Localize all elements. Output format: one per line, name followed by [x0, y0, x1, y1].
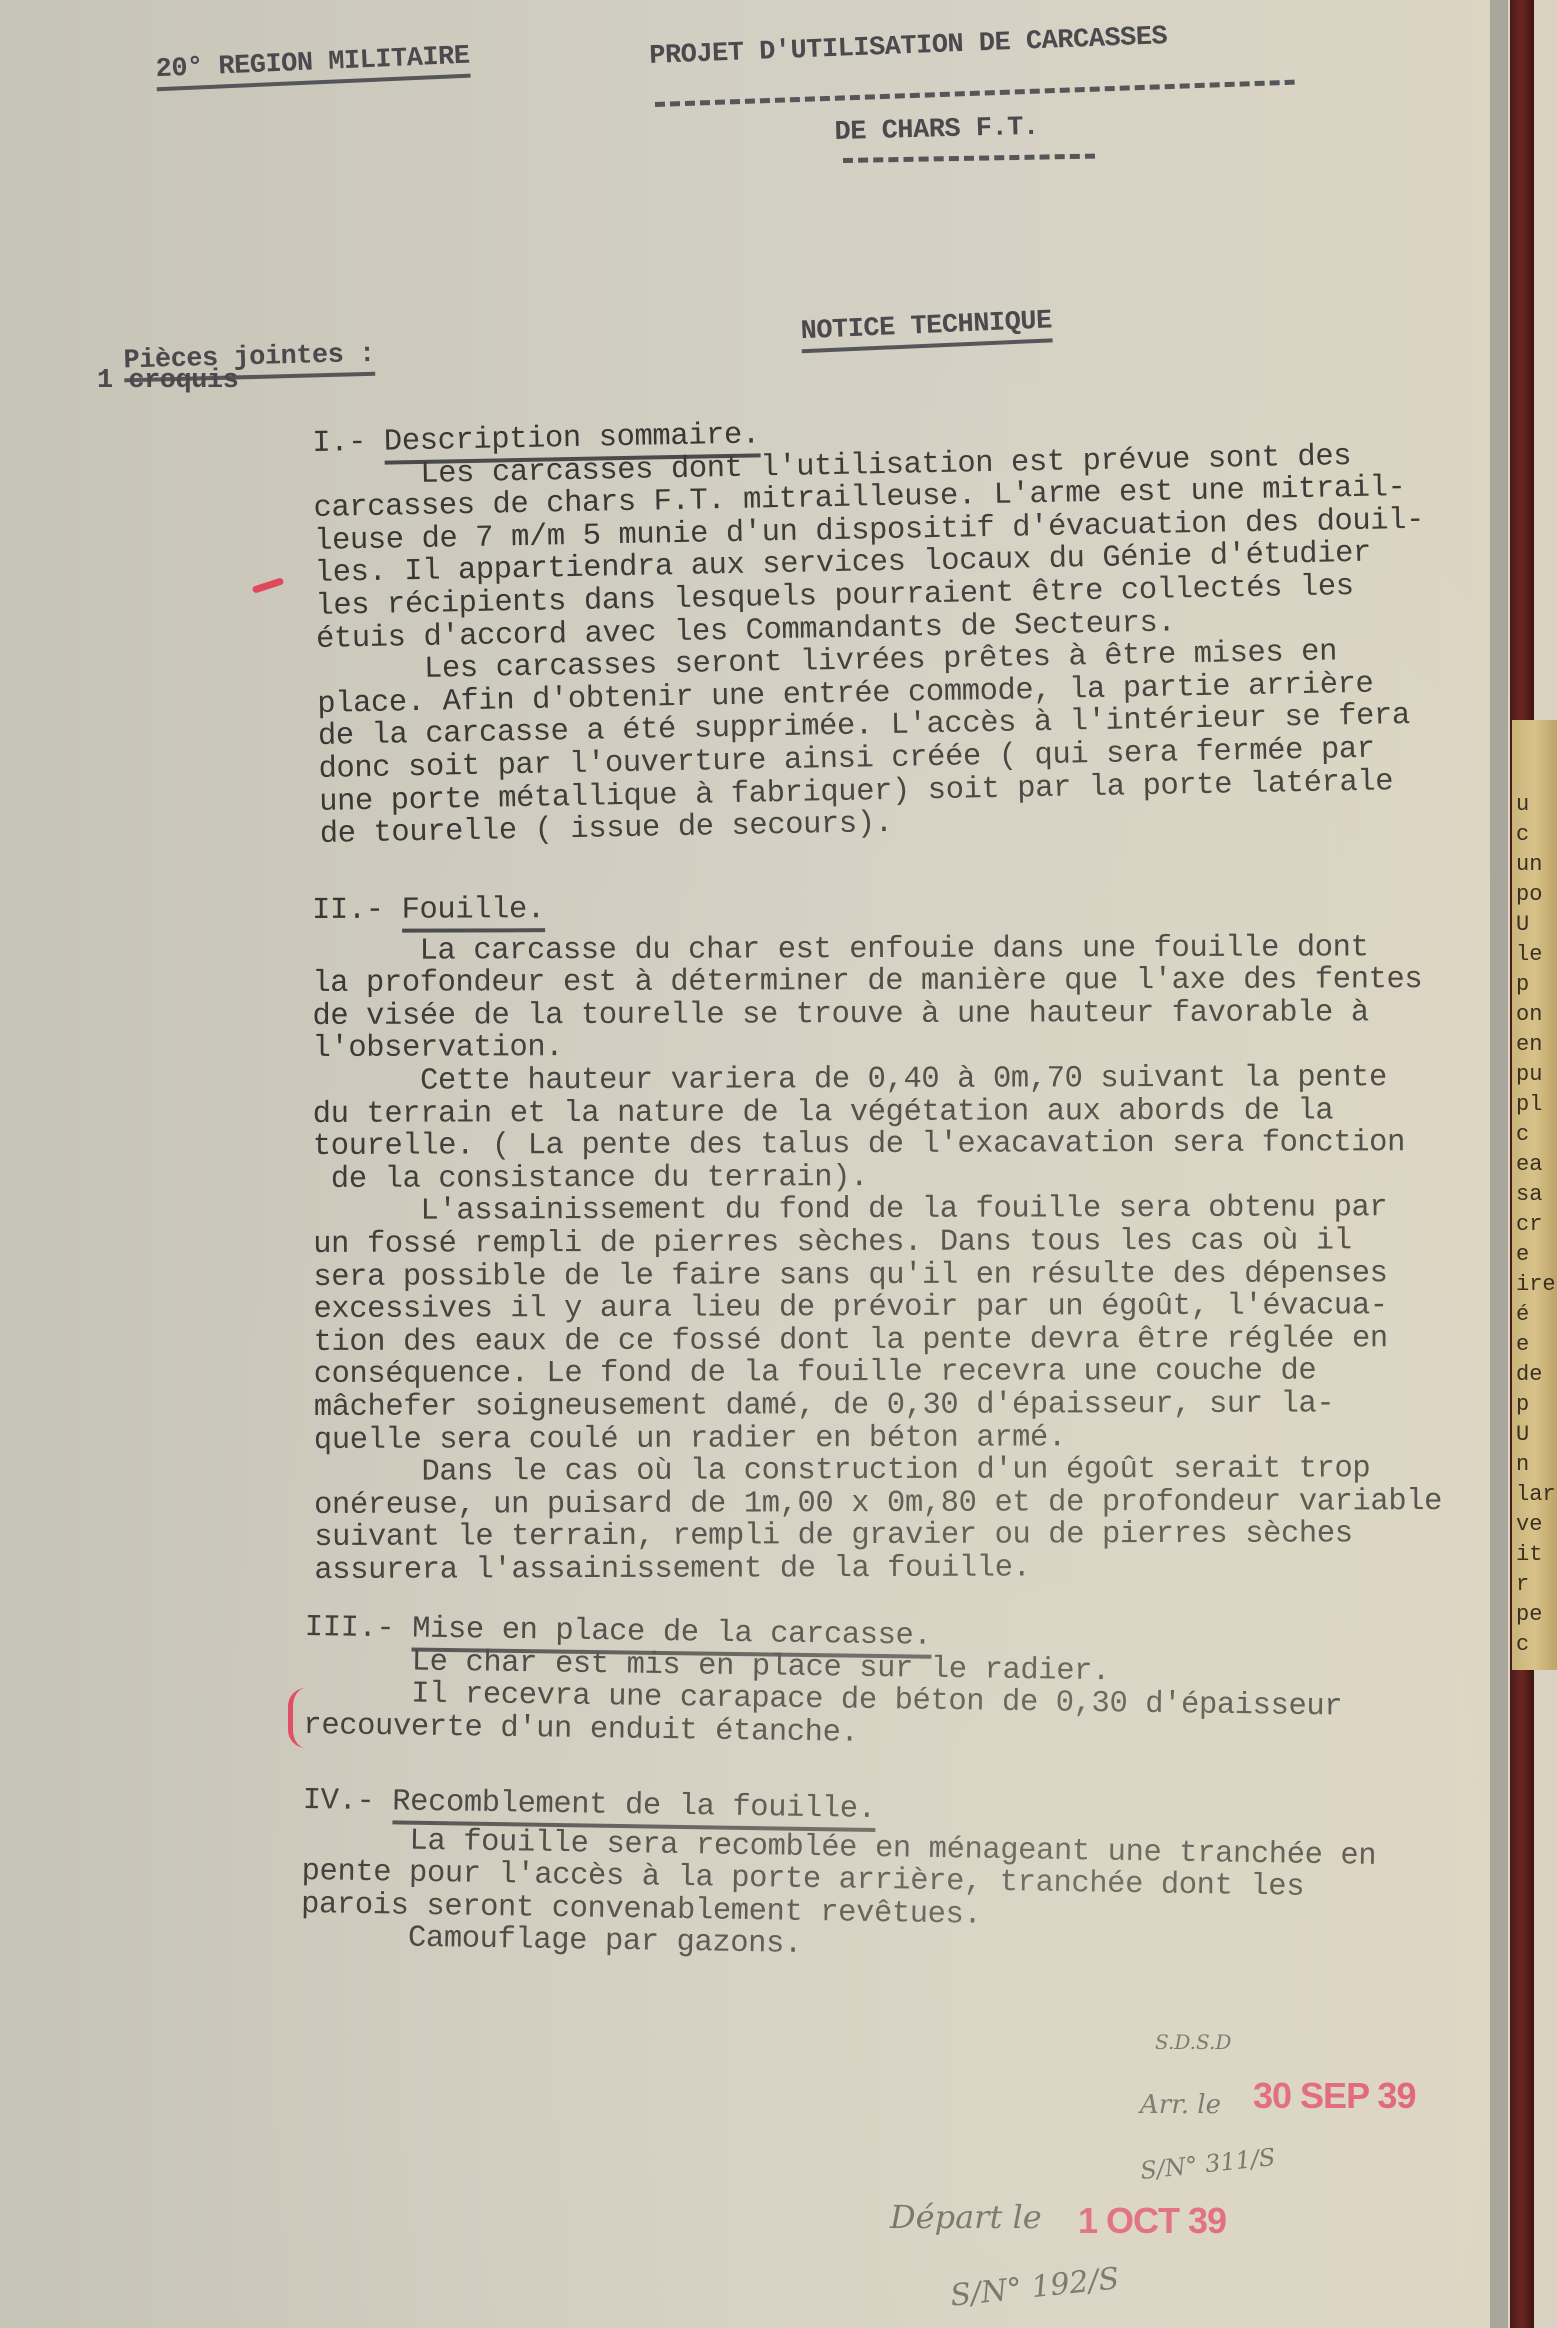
- region-heading: 20° REGION MILITAIRE: [91, 12, 471, 118]
- departure-date-stamp: 1 OCT 39: [1078, 2200, 1226, 2242]
- office-annotation: S.D.S.D: [1155, 2030, 1231, 2054]
- text-line: tion des eaux de ce fossé dont la pente …: [314, 1323, 1514, 1360]
- text-line: la profondeur est à déterminer de manièr…: [312, 964, 1512, 1001]
- text-line: L'assainissement du fond de la fouille s…: [313, 1192, 1513, 1229]
- section-1: I.- Description sommaire. Les carcasses …: [312, 405, 1520, 852]
- departure-reference: S/N° 192/S: [949, 2261, 1121, 2314]
- section-2: II.- Fouille. La carcasse du char est en…: [312, 891, 1514, 1588]
- text-line: un fossé rempli de pierres sèches. Dans …: [313, 1225, 1513, 1262]
- attachments-item: 1 croquis: [97, 366, 238, 396]
- text-line: assurera l'assainissement de la fouille.: [314, 1551, 1514, 1588]
- text-line: de visée de la tourelle se trouve à une …: [312, 997, 1512, 1034]
- arrival-label: Arr. le: [1140, 2090, 1221, 2120]
- text-line: tourelle. ( La pente des talus de l'exac…: [313, 1127, 1513, 1164]
- section-2-heading: II.- Fouille.: [312, 891, 1512, 928]
- section-3: III.- Mise en place de la carcasse. Le c…: [303, 1612, 1505, 1759]
- text-line: mâchefer soigneusement damé, de 0,30 d'é…: [314, 1388, 1514, 1425]
- red-pencil-dash: [252, 577, 285, 594]
- binder-edge-gray: [1490, 0, 1508, 2328]
- text-line: excessives il y aura lieu de prévoir par…: [313, 1290, 1513, 1327]
- red-pencil-bracket: [288, 1688, 307, 1748]
- text-line: Dans le cas où la construction d'un égoû…: [314, 1453, 1514, 1490]
- title-dashed-rule: [655, 80, 1295, 107]
- section-4: IV.- Recomblement de la fouille. La foui…: [300, 1785, 1503, 1973]
- text-line: conséquence. Le fond de la fouille recev…: [314, 1355, 1514, 1392]
- departure-label: Départ le: [890, 2198, 1042, 2236]
- project-title-line2: DE CHARS F.T.: [834, 113, 1039, 148]
- project-title-line1: PROJET D'UTILISATION DE CARCASSES: [649, 22, 1168, 72]
- arrival-reference: S/N° 311/S: [1139, 2143, 1277, 2185]
- notice-title: NOTICE TECHNIQUE: [736, 276, 1054, 380]
- attached-paper-strip: u c un po U le p on en pu pl c ea sa cr …: [1512, 720, 1557, 1670]
- text-line: Cette hauteur variera de 0,40 à 0m,70 su…: [313, 1062, 1513, 1099]
- arrival-date-stamp: 30 SEP 39: [1253, 2075, 1415, 2117]
- document-page: 20° REGION MILITAIRE PROJET D'UTILISATIO…: [0, 0, 1520, 2328]
- text-line: suivant le terrain, rempli de gravier ou…: [314, 1518, 1514, 1555]
- subtitle-dashed-rule: [843, 154, 1095, 163]
